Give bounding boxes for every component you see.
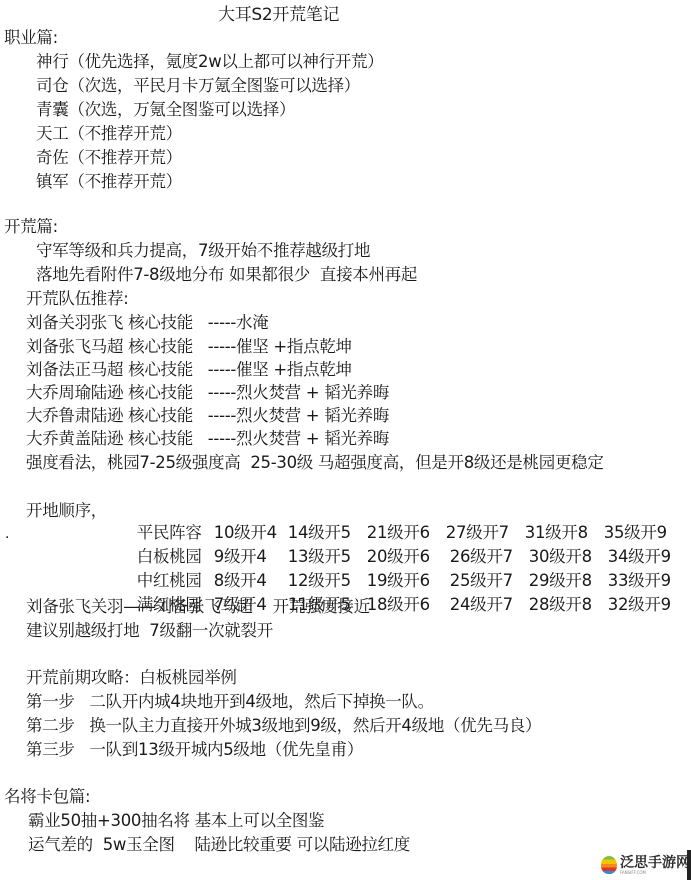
compare-note: 刘备张飞关羽——刘备张飞马超 开荒强度接近 — [26, 596, 370, 618]
team-item: 刘备张飞马超 核心技能 -----催坚 +指点乾坤 — [26, 336, 352, 358]
team-heading: 开荒队伍推荐: — [26, 288, 128, 310]
watermark-edge — [687, 850, 691, 880]
order-step: 18级开6 — [367, 594, 450, 616]
career-item: 青囊（次选，万氪全图鉴可以选择） — [36, 99, 295, 121]
early-heading: 开荒前期攻略：白板桃园举例 — [26, 667, 237, 689]
stray-dot: . — [5, 527, 9, 541]
team-item: 刘备法正马超 核心技能 -----催坚 +指点乾坤 — [26, 359, 352, 381]
document-title: 大耳S2开荒笔记 — [218, 4, 339, 26]
watermark: 泛思手游网 FANSIFF.COM — [595, 850, 691, 880]
team-item: 大乔鲁肃陆逊 核心技能 -----烈火焚营 + 韬光养晦 — [26, 405, 389, 427]
apple-logo-icon — [601, 856, 617, 874]
order-step: 32级开9 — [608, 594, 671, 616]
career-item: 镇军（不推荐开荒） — [36, 171, 182, 193]
order-step: 28级开8 — [529, 594, 608, 616]
early-step: 第三步 一队到13级开城内5级地（优先皇甫） — [26, 739, 363, 761]
early-step: 第一步 二队开内城4块地开到4级地，然后下掉换一队。 — [26, 691, 434, 713]
team-item: 刘备关羽张飞 核心技能 -----水淹 — [26, 312, 268, 334]
team-item: 大乔周瑜陆逊 核心技能 -----烈火焚营 + 韬光养晦 — [26, 382, 389, 404]
watermark-text: 泛思手游网 — [620, 856, 690, 870]
advice-note: 建议别越级打地 7级翻一次就裂开 — [26, 620, 273, 642]
order-step: 24级开7 — [450, 594, 529, 616]
section-heading-career: 职业篇: — [4, 27, 58, 49]
section-heading-cards: 名将卡包篇: — [4, 786, 90, 808]
order-heading: 开地顺序， — [26, 500, 107, 522]
cards-item: 霸业50抽+300抽名将 基本上可以全图鉴 — [28, 810, 324, 832]
pioneer-note: 守军等级和兵力提高，7级开始不推荐越级打地 — [36, 240, 370, 262]
strength-note: 强度看法，桃园7-25级强度高 25-30级 马超强度高，但是开8级还是桃园更稳… — [26, 452, 604, 474]
pioneer-note: 落地先看附件7-8级地分布 如果都很少 直接本州再起 — [36, 264, 417, 286]
career-item: 奇佐（不推荐开荒） — [36, 147, 182, 169]
career-item: 神行（优先选择，氪度2w以上都可以神行开荒） — [36, 51, 383, 73]
early-step: 第二步 换一队主力直接开外城3级地到9级，然后开4级地（优先马良） — [26, 715, 541, 737]
cards-item: 运气差的 5w玉全图 陆逊比较重要 可以陆逊拉红度 — [28, 834, 410, 856]
section-heading-pioneer: 开荒篇: — [4, 216, 58, 238]
team-item: 大乔黄盖陆逊 核心技能 -----烈火焚营 + 韬光养晦 — [26, 428, 389, 450]
career-item: 司仓（次选，平民月卡万氪全图鉴可以选择） — [36, 75, 360, 97]
career-item: 天工（不推荐开荒） — [36, 123, 182, 145]
